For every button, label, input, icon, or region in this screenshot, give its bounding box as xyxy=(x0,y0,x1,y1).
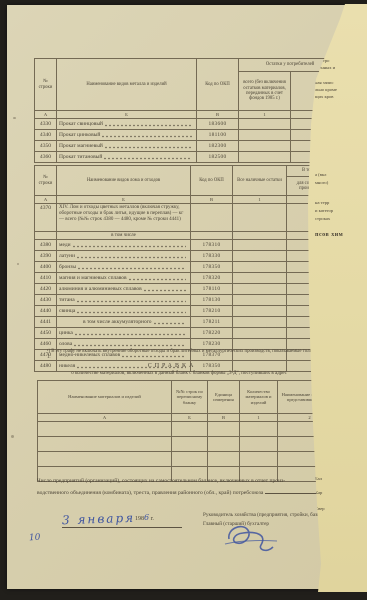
value-cell xyxy=(172,422,208,437)
overlay-text-fragment: много) xyxy=(315,180,365,185)
col-header-line-no: № строки xyxy=(35,166,57,196)
letter-1: 1 xyxy=(240,414,278,422)
value-cell xyxy=(38,422,172,437)
subheader-row: в том числе xyxy=(35,232,342,240)
subheader-label: в том числе xyxy=(57,232,191,240)
value-cell xyxy=(240,452,278,467)
spravka-subtitle: о количестве материалов, включенных в да… xyxy=(17,371,341,376)
overlay-text-fragment: щих кров xyxy=(315,94,365,99)
table-row: 4441 в том числе аккумуляторного 178211 xyxy=(35,317,342,328)
dot-leader xyxy=(75,332,186,336)
value-cell xyxy=(233,295,287,306)
overlay-text-fragment: тленных и xyxy=(315,65,365,70)
value-cell xyxy=(38,437,172,452)
row-line-number: 4430 xyxy=(35,295,57,306)
dot-leader xyxy=(73,244,186,248)
row-line-number: 4380 xyxy=(35,240,57,251)
year-field: 1986 г. xyxy=(135,513,154,522)
handwritten-page-number: 10 xyxy=(29,533,41,544)
value-cell xyxy=(233,328,287,339)
form-page: № строки Наименование видов металла и из… xyxy=(7,5,345,589)
row-name: в том числе аккумуляторного xyxy=(57,317,191,328)
row-name: Прокат цинковый xyxy=(57,130,197,141)
dot-leader xyxy=(77,255,186,259)
table-row: 4390 латуни 178330 xyxy=(35,251,342,262)
row-line-number: 4340 xyxy=(35,130,57,141)
letter-b: Б xyxy=(57,111,197,119)
value-cell xyxy=(172,452,208,467)
letter-b: Б xyxy=(57,196,191,204)
col-header-all-remainders: Все наличные остатки xyxy=(233,166,287,196)
date-underline xyxy=(62,527,182,528)
overlay-text-fragment: а (вкл xyxy=(315,172,365,177)
table-row: 4330 Прокат свинцовый 183600 xyxy=(35,119,342,130)
value-cell xyxy=(239,119,291,130)
overlay-text-fragment: Свер xyxy=(315,506,365,511)
dot-leader xyxy=(105,145,192,149)
handwritten-year: 6 xyxy=(144,513,149,522)
col-header-quantity: Количество материалов и изделий xyxy=(240,381,278,414)
paper-speck xyxy=(13,117,16,119)
row-code: 178350 xyxy=(191,262,233,273)
row-code: 178320 xyxy=(191,273,233,284)
value-cell xyxy=(239,130,291,141)
row-name: латуни xyxy=(57,251,191,262)
row-line-number: 4400 xyxy=(35,262,57,273)
table-row: 4460 олова 178230 xyxy=(35,339,342,350)
value-cell xyxy=(240,422,278,437)
value-cell xyxy=(233,240,287,251)
value-cell xyxy=(239,152,291,163)
section-row: 4370 XIV. Лом и отходы цветных металлов … xyxy=(35,204,342,232)
row-code: 178230 xyxy=(191,339,233,350)
scanned-document: № строки Наименование видов металла и из… xyxy=(0,0,367,600)
col-header-line-numbers: №№ строк по пере­писному бланку xyxy=(172,381,208,414)
row-code xyxy=(191,204,233,232)
row-name: Прокат магниевый xyxy=(57,141,197,152)
letter-v: В xyxy=(191,196,233,204)
empty-row xyxy=(38,452,342,467)
row-line-number: 4441 xyxy=(35,317,57,328)
dot-leader xyxy=(104,156,192,160)
table-row: 4440 свинца 178210 xyxy=(35,306,342,317)
row-name: олова xyxy=(57,339,191,350)
row-line-number: 4350 xyxy=(35,141,57,152)
value-cell xyxy=(172,437,208,452)
letter-a: А xyxy=(38,414,172,422)
row-name: Прокат титановый xyxy=(57,152,197,163)
table-row: 4350 Прокат магниевый 182300 xyxy=(35,141,342,152)
row-line-number: 4370 xyxy=(35,204,57,232)
table-footnote: ¹) В эту графу не включать внутренние об… xyxy=(47,349,337,361)
row-name: алюминия и алюминиевых сплавов xyxy=(57,284,191,295)
col-header-unit: Единица измере­ния xyxy=(208,381,240,414)
column-letter-row: А Б В 1 2 xyxy=(35,196,342,204)
dot-leader xyxy=(74,343,186,347)
letter-v: В xyxy=(208,414,240,422)
row-code: 178310 xyxy=(191,240,233,251)
row-line-number: 4390 xyxy=(35,251,57,262)
letter-a: А xyxy=(35,111,57,119)
dot-leader xyxy=(154,321,186,325)
empty-row xyxy=(38,422,342,437)
row-name: Прокат свинцовый xyxy=(57,119,197,130)
value-cell xyxy=(208,422,240,437)
overlay-text-fragment: льно кроме xyxy=(315,87,365,92)
letter-1: 1 xyxy=(233,196,287,204)
col-header-line-no: № строки xyxy=(35,59,57,111)
empty-row xyxy=(38,437,342,452)
handwritten-date: 3 января xyxy=(62,510,192,528)
spravka-table: Наименование материалов и изделий №№ стр… xyxy=(37,380,342,482)
value-cell xyxy=(233,262,287,273)
value-cell xyxy=(233,251,287,262)
row-name: бронзы xyxy=(57,262,191,273)
value-cell xyxy=(38,452,172,467)
overlay-text-fragment: Бал xyxy=(315,476,365,481)
letter-b: Б xyxy=(172,414,208,422)
dot-leader xyxy=(77,299,186,303)
scrap-waste-table: № строки Наименование видов лома и отход… xyxy=(34,165,342,372)
col-header-total: всего (без вклю­чения остатков материало… xyxy=(239,72,291,111)
value-cell xyxy=(240,437,278,452)
letter-a: А xyxy=(35,196,57,204)
table-row: 4380 меди 178310 xyxy=(35,240,342,251)
row-code: 181100 xyxy=(197,130,239,141)
table-row: 4430 титана 178130 xyxy=(35,295,342,306)
section-title: XIV. Лом и отходы цветных металлов (вклю… xyxy=(57,204,191,232)
row-code: 182300 xyxy=(197,141,239,152)
row-line-number: 4450 xyxy=(35,328,57,339)
dot-leader xyxy=(129,277,186,281)
value-cell xyxy=(233,204,287,232)
row-code: 178220 xyxy=(191,328,233,339)
overlay-text-fragment: и категор xyxy=(315,208,365,213)
col-header-material-name: Наименование материалов и изделий xyxy=(38,381,172,414)
row-code: 178130 xyxy=(191,295,233,306)
paper-speck xyxy=(11,435,14,438)
table-row: 4420 алюминия и алюминиевых сплавов 1781… xyxy=(35,284,342,295)
metal-products-table: № строки Наименование видов металла и из… xyxy=(34,58,342,163)
col-header-name: Наименование видов металла и изделий xyxy=(57,59,197,111)
row-line-number: 4330 xyxy=(35,119,57,130)
row-code: 183600 xyxy=(197,119,239,130)
row-line-number: 4360 xyxy=(35,152,57,163)
column-letter-row: А Б В 1 2 xyxy=(38,414,342,422)
row-code: 178210 xyxy=(191,306,233,317)
row-name: меди xyxy=(57,240,191,251)
table-row: 4400 бронзы 178350 xyxy=(35,262,342,273)
overlay-text-fragment: Кар xyxy=(315,490,365,495)
overlay-text-fragment: на терр xyxy=(315,200,365,205)
column-letter-row: А Б В 1 2 xyxy=(35,111,342,119)
dot-leader xyxy=(77,310,186,314)
table-row: 4410 магния и магниевых сплавов 178320 xyxy=(35,273,342,284)
dot-leader xyxy=(144,288,186,292)
row-name: титана xyxy=(57,295,191,306)
row-code: 182500 xyxy=(197,152,239,163)
overlay-text-fragment: строках xyxy=(315,216,365,221)
letter-1: 1 xyxy=(239,111,291,119)
signature-scribble xyxy=(217,517,287,557)
value-cell xyxy=(233,284,287,295)
paper-speck xyxy=(17,263,19,265)
row-line-number: 4420 xyxy=(35,284,57,295)
row-code: 178110 xyxy=(191,284,233,295)
spravka-title: СПРАВКА xyxy=(7,363,337,369)
overlay-text-fragment: ная запис xyxy=(315,80,365,85)
row-name: цинка xyxy=(57,328,191,339)
letter-v: В xyxy=(197,111,239,119)
row-code: 178211 xyxy=(191,317,233,328)
table-row: 4360 Прокат титановый 182500 xyxy=(35,152,342,163)
value-cell xyxy=(208,452,240,467)
value-cell xyxy=(233,306,287,317)
row-line-number: 4460 xyxy=(35,339,57,350)
value-cell xyxy=(208,437,240,452)
enterprise-count-note: Число предприятий (организаций), состоящ… xyxy=(37,475,339,500)
dot-leader xyxy=(102,134,192,138)
value-cell xyxy=(233,273,287,284)
row-code: 178330 xyxy=(191,251,233,262)
row-name: свинца xyxy=(57,306,191,317)
dot-leader xyxy=(78,266,186,270)
value-cell xyxy=(233,317,287,328)
value-cell xyxy=(233,339,287,350)
col-header-name: Наименование видов лома и отходов xyxy=(57,166,191,196)
table-row: 4450 цинка 178220 xyxy=(35,328,342,339)
dot-leader xyxy=(105,123,192,127)
row-line-number: 4440 xyxy=(35,306,57,317)
col-header-code: Код по ОКП xyxy=(191,166,233,196)
col-header-code: Код по ОКП xyxy=(197,59,239,111)
row-line-number: 4410 xyxy=(35,273,57,284)
value-cell xyxy=(239,141,291,152)
table-row: 4340 Прокат цинковый 181100 xyxy=(35,130,342,141)
overlay-text-fragment: псов хим xyxy=(315,232,365,238)
row-name: магния и магниевых сплавов xyxy=(57,273,191,284)
